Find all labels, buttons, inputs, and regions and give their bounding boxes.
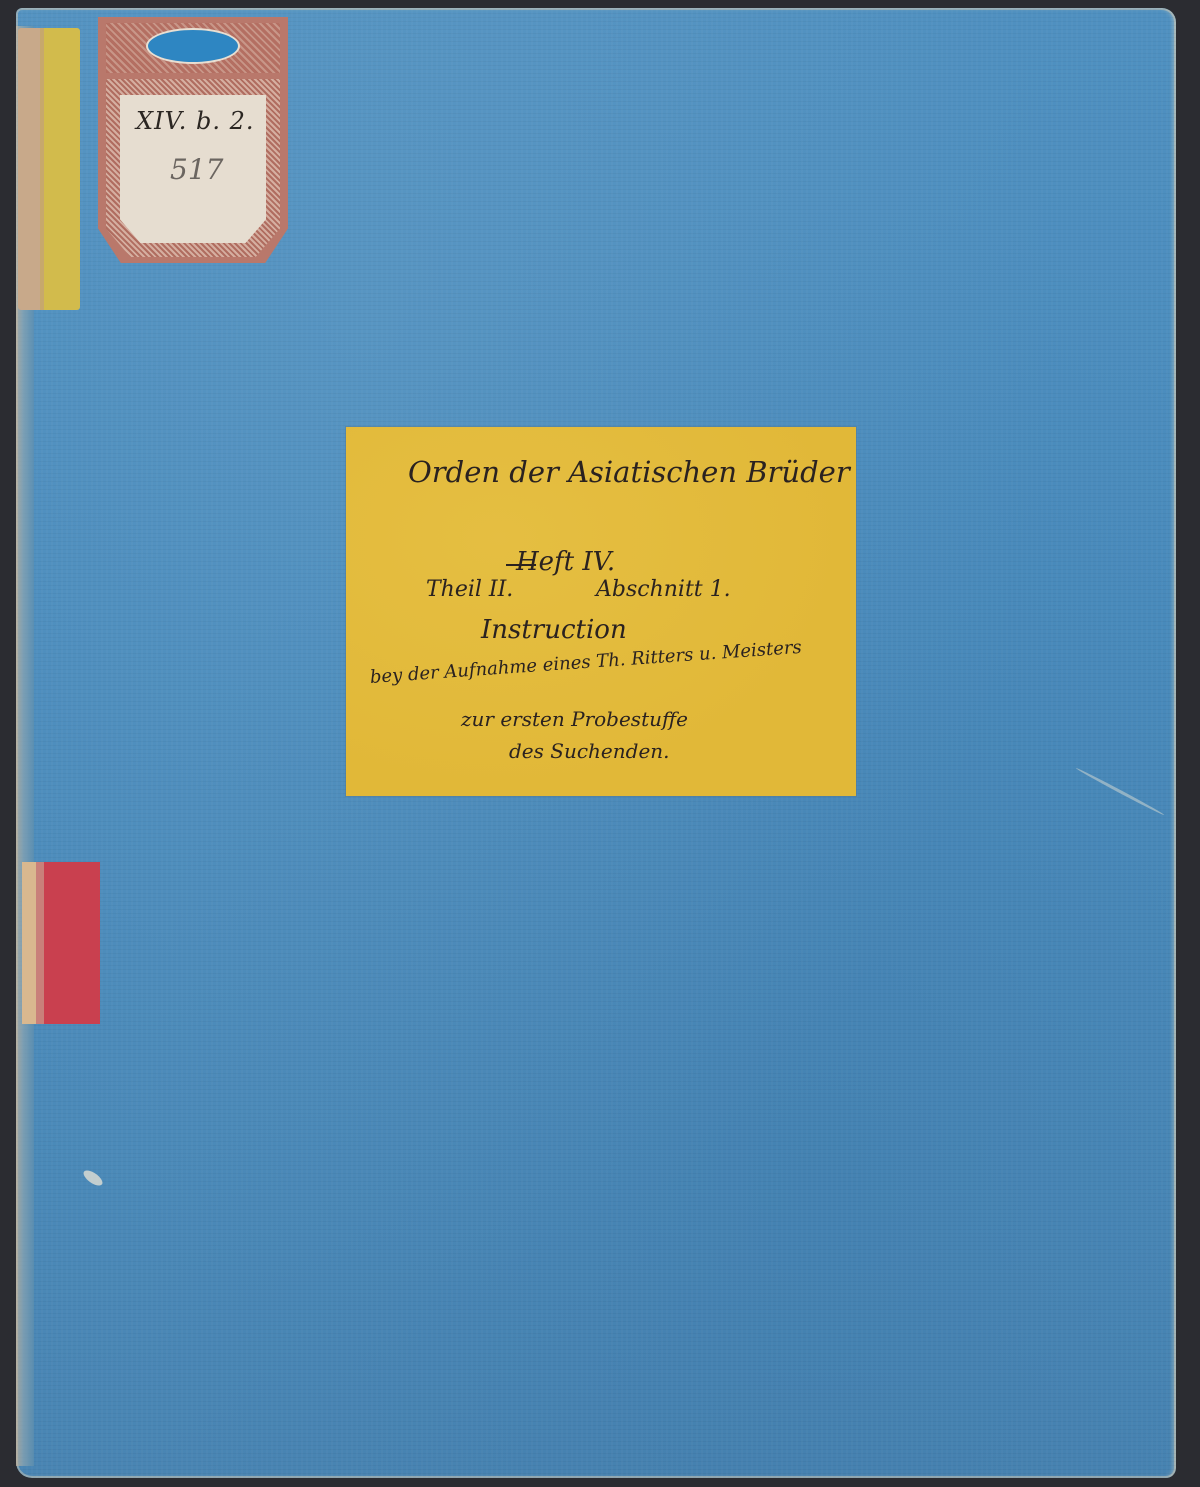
- library-shelf-label: XIV. b. 2. 517: [98, 17, 288, 263]
- title-instruction: Instruction: [481, 615, 627, 645]
- spine-label-yellow: [18, 28, 80, 310]
- title-section: Abschnitt 1.: [596, 577, 731, 602]
- title-order-name: Orden der Asiatischen Brüder: [408, 455, 850, 489]
- spine-label-red: [22, 862, 100, 1024]
- underline-stroke: [506, 564, 536, 566]
- oval-emblem: [146, 28, 240, 64]
- title-label: Orden der Asiatischen Brüder Heft IV. Th…: [346, 427, 856, 796]
- item-number: 517: [170, 153, 223, 186]
- title-volume: Heft IV.: [516, 547, 615, 577]
- title-seeker: des Suchenden.: [509, 739, 670, 763]
- title-degree: zur ersten Probestuffe: [461, 707, 688, 731]
- title-part: Theil II.: [426, 577, 513, 602]
- shelf-mark: XIV. b. 2.: [136, 107, 266, 135]
